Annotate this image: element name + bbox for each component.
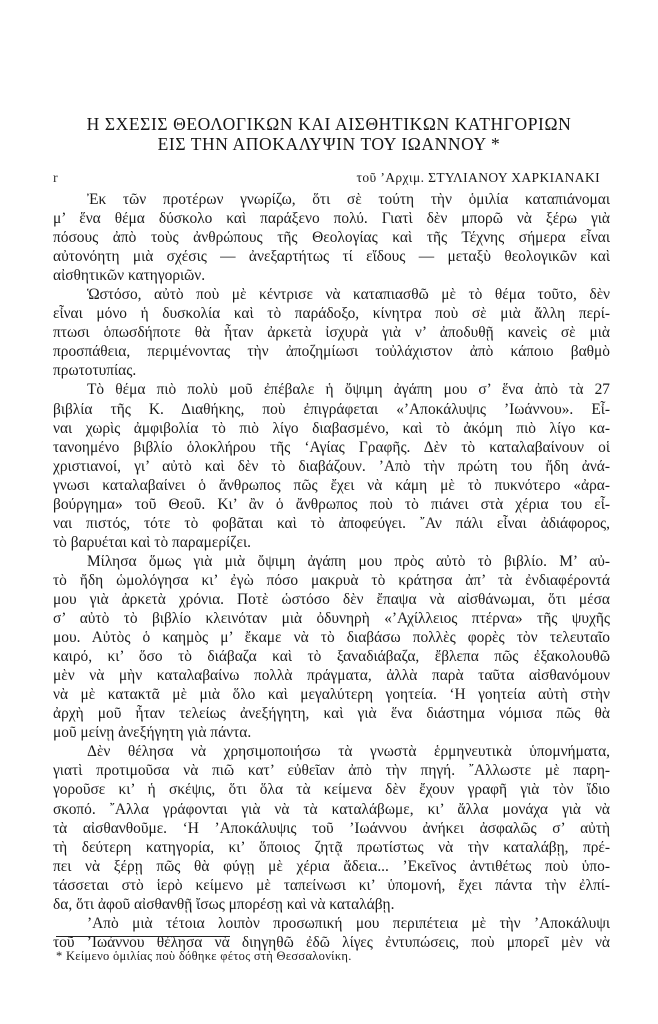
body-line: ναι χωρὶς ἀμφιβολία τὸ πιὸ λίγο διαβασμέ… [53,419,610,438]
body-line: βούργημα» τοῦ Θεοῦ. Κι’ ἂν ὁ ἄνθρωπος πο… [53,495,610,514]
body-line: πτωσι ὁπωσδήποτε θὰ ἦταν ἀρκετὰ ἰσχυρὰ γ… [53,323,610,342]
body-line: Μίλησα ὅμως γιὰ μιὰ ὄψιμη ἀγάπη μου πρὸς… [53,552,610,571]
body-line: αἰσθητικῶν κατηγοριῶν. [53,266,610,285]
body-line: αὐτονόητη μιὰ σχέσις — ἀνεξαρτήτως τί εἴ… [53,247,610,266]
body-line: Τὸ θέμα πιὸ πολὺ μοῦ ἐπέβαλε ἡ ὄψιμη ἀγά… [53,380,610,399]
body-line: τὴ δεύτερη κατηγορία, κι’ ὅποιος ζητᾷ πρ… [53,838,610,857]
body-line: Δὲν θέλησα νὰ χρησιμοποιήσω τὰ γνωστὰ ἑρ… [53,742,610,761]
body-line: σκοπό. ῎Αλλα γράφονται γιὰ νὰ τὰ καταλάβ… [53,800,610,819]
body-line: καιρό, κι’ ὅσο τὸ διάβαζα καὶ τὸ ξαναδιά… [53,647,610,666]
body-line: τάσσεται στὸ ἱερὸ κείμενο μὲ ταπείνωσι κ… [53,876,610,895]
author-byline: τοῦ ’Αρχιμ. ΣΤΥΛΙΑΝΟΥ ΧΑΡΚΙΑΝΑΚΙ [357,170,601,186]
body-line: Ὡστόσο, αὐτὸ ποὺ μὲ κέντρισε νὰ καταπιασ… [53,285,610,304]
body-line: Ἐκ τῶν προτέρων γνωρίζω, ὅτι σὲ τούτη τὴ… [53,190,610,209]
body-line: πόσους ἀπὸ τοὺς ἀνθρώπους τῆς Θεολογίας … [53,228,610,247]
article-title-line-2: ΕΙΣ ΤΗΝ ΑΠΟΚΑΛΥΨΙΝ ΤΟΥ ΙΩΑΝΝΟΥ * [0,134,658,155]
body-line: εἶναι μόνο ἡ δυσκολία καὶ τὸ παράδοξο, κ… [53,304,610,323]
body-line: τανοημένο βιβλίο ὁλοκλήρου τῆς ‘Αγίας Γρ… [53,438,610,457]
body-line: τὸ ἤδη ὡμολόγησα κι’ ἐγὼ πόσο μακρυὰ τὸ … [53,571,610,590]
body-line: μου γιὰ ἀρκετὰ χρόνια. Ποτὲ ὡστόσο δὲν ἔ… [53,590,610,609]
body-line: γνωσι καταλαβαίνει ὁ ἄνθρωπος πῶς ἔχει ν… [53,476,610,495]
body-line: πει νὰ ξέρῃ πῶς θὰ φύγῃ μὲ χέρια ἄδεια..… [53,857,610,876]
body-line: δα, ὅτι ἀφοῦ αἰσθανθῇ ἴσως μπορέσῃ καὶ ν… [53,895,610,914]
body-line: τὰ αἰσθανθοῦμε. ‘Η ’Αποκάλυψις τοῦ ’Ιωάν… [53,819,610,838]
body-line: νὰ μὲ κατακτᾶ μὲ μιὰ ὅλο καὶ μεγαλύτερη … [53,685,610,704]
body-line: βιβλία τῆς Κ. Διαθήκης, ποὺ ἐπιγράφεται … [53,400,610,419]
body-line: προσπάθεια, περιμένοντας τὴν ἀποζημίωσι … [53,342,610,361]
article-body: Ἐκ τῶν προτέρων γνωρίζω, ὅτι σὲ τούτη τὴ… [53,190,610,952]
body-line: γοροῦσε κι’ ἡ σκέψις, ὅτι ὅλα τὰ κείμενα… [53,780,610,799]
body-line: ἀρχὴ μοῦ ἦταν τελείως ἀνεξήγητη, καὶ γιὰ… [53,704,610,723]
article-title-line-1: Η ΣΧΕΣΙΣ ΘΕΟΛΟΓΙΚΩΝ ΚΑΙ ΑΙΣΘΗΤΙΚΩΝ ΚΑΤΗΓ… [0,114,658,135]
body-line: τὸ βαρυέται καὶ τὸ παραμερίζει. [53,533,610,552]
body-line: μου. Αὐτὸς ὁ καημὸς μ’ ἔκαμε νὰ τὸ διαβά… [53,628,610,647]
body-line: μ’ ἕνα θέμα δύσκολο καὶ παράξενο πολύ. Γ… [53,209,610,228]
body-line: πρωτοτυπίας. [53,361,610,380]
body-line: χριστιανοί, γι’ αὐτὸ καὶ δὲν τὸ διαβάζου… [53,457,610,476]
footnote: * Κείμενο ὁμιλίας ποὺ δόθηκε φέτος στὴ Θ… [56,949,352,964]
footnote-divider [56,936,230,937]
document-page: Η ΣΧΕΣΙΣ ΘΕΟΛΟΓΙΚΩΝ ΚΑΙ ΑΙΣΘΗΤΙΚΩΝ ΚΑΤΗΓ… [0,0,658,1024]
body-line: ’Απὸ μιὰ τέτοια λοιπὸν προσωπική μου περ… [53,914,610,933]
body-line: μοῦ μείνῃ ἀνεξήγητη γιὰ πάντα. [53,723,610,742]
body-line: ναι πιστός, τότε τὸ φοβᾶται καὶ τὸ ἀποφε… [53,514,610,533]
body-line: γιατὶ προτιμοῦσα νὰ πιῶ κατ’ εὐθεῖαν ἀπὸ… [53,761,610,780]
body-line: σ’ αὐτὸ τὸ βιβλίο κλεινόταν μιὰ ὀδυνηρὴ … [53,609,610,628]
margin-mark: r [53,171,58,187]
body-line: μὲν νὰ μὴν καταλαβαίνω πολλὰ πράγματα, ἀ… [53,666,610,685]
